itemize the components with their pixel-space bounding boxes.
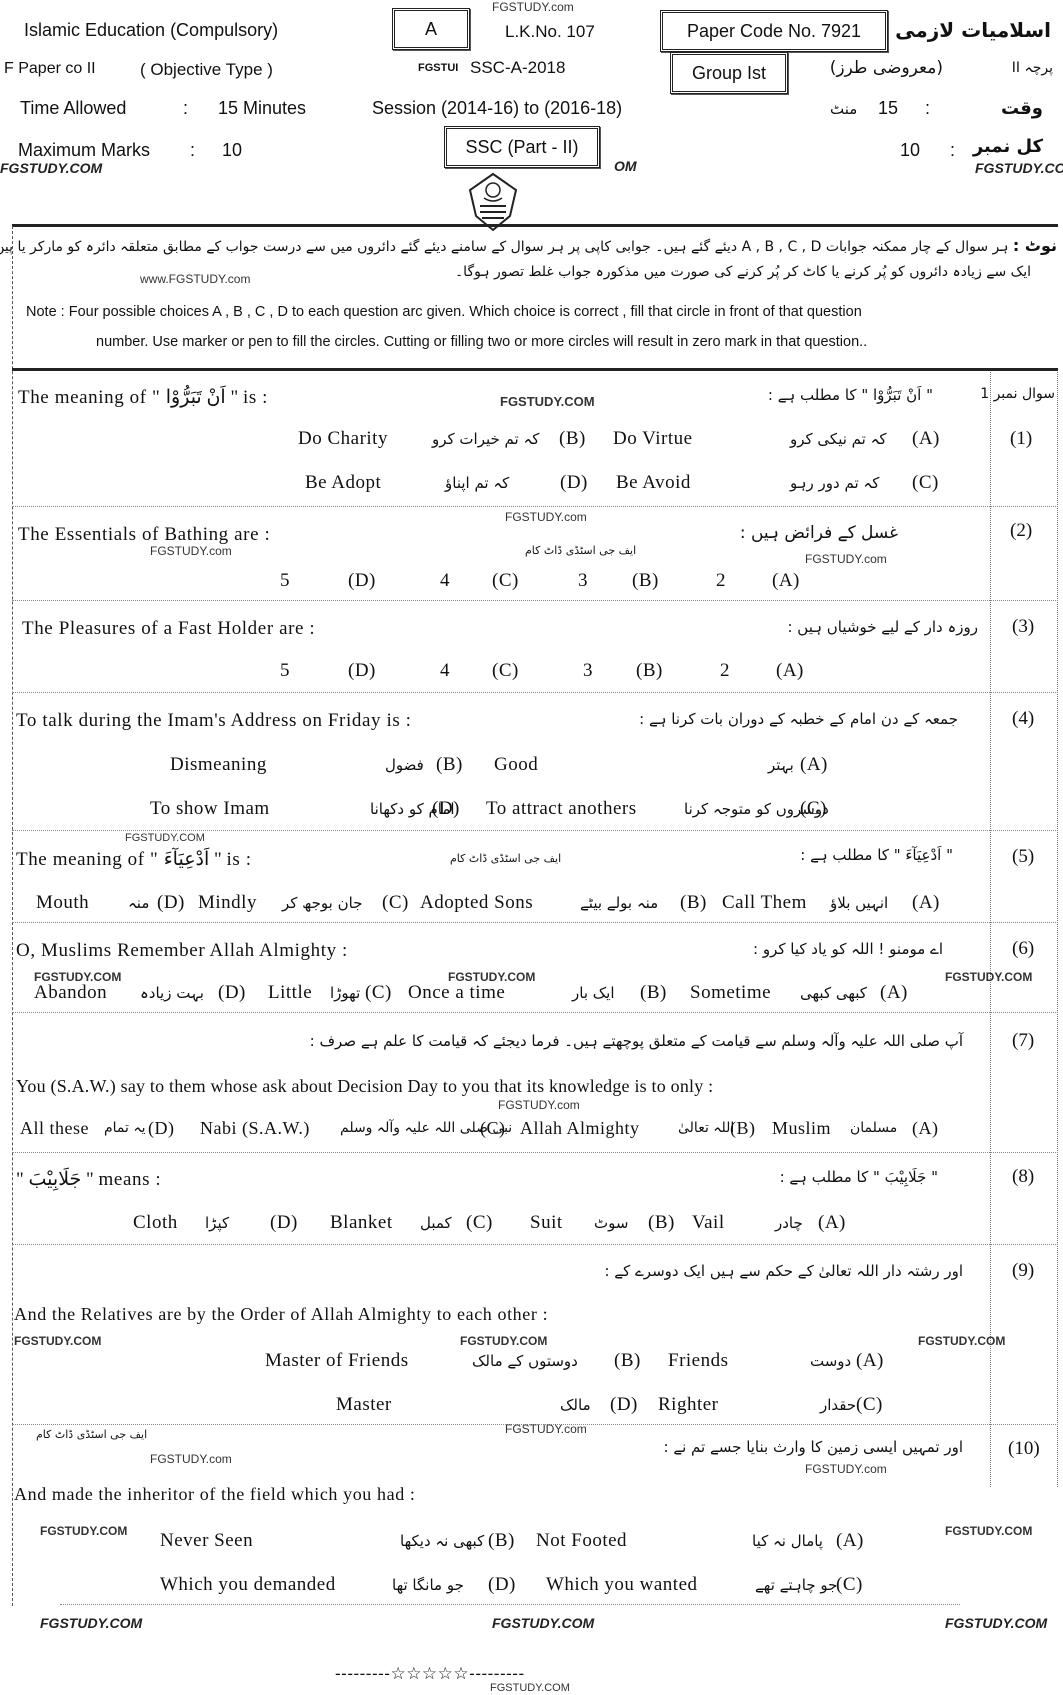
header-divider [12,224,1058,227]
option-d-en: To show Imam [150,798,270,820]
time-allowed-value: 15 Minutes [218,98,306,119]
time-unit-urdu: منٹ [830,100,857,118]
watermark-urdu: ایف جی اسٹڈی ڈاٹ کام [450,852,561,865]
option-b-key: (B) [559,428,586,450]
option-a-ur: کبھی کبھی [800,984,867,1002]
option-a-key: (A) [818,1212,846,1234]
option-a-key: (A) [836,1530,864,1552]
option-c-key: (C) [365,982,392,1004]
question-text-ur: جمعہ کے دن امام کے خطبہ کے دوران بات کرن… [639,710,958,728]
footer-watermark-left: FGSTUDY.COM [40,1615,142,1631]
footer-watermark-center: FGSTUDY.COM [492,1615,594,1631]
watermark: FGSTUDY.com [805,552,887,566]
option-b-key: (B) [636,660,663,682]
instructions-urdu-line2: ایک سے زیادہ دائروں کو پُر کرنے یا کاٹ ک… [455,264,1031,280]
watermark: FGSTUDY.com [498,1098,580,1112]
option-c-en: Be Avoid [616,472,691,494]
option-d-ur: کپڑا [205,1214,229,1232]
option-b-key: (B) [614,1350,641,1372]
option-b-key: (B) [640,982,667,1004]
question-number: (3) [1012,616,1034,638]
option-a-key: (A) [912,892,940,914]
time-allowed-label: Time Allowed [20,98,126,119]
instructions-urdu-line1: نوٹ : ہر سوال کے چار ممکنہ جوابات A , B … [17,236,1057,255]
watermark-right: FGSTUDY.COM [975,160,1063,176]
watermark-top: FGSTUDY.com [492,0,574,14]
watermark-urdu: ایف جی اسٹڈی ڈاٹ کام [525,544,636,557]
question-number: (2) [1010,520,1032,542]
option-a-en: Muslim [772,1118,831,1139]
instructions-english-line2: number. Use marker or pen to fill the ci… [96,334,867,350]
option-b-en: Adopted Sons [420,892,533,914]
option-b-ur: کہ تم خیرات کرو [432,430,539,448]
question-number: (9) [1012,1260,1034,1282]
option-a-value: 2 [720,660,730,682]
lk-number: L.K.No. 107 [505,22,595,42]
question-text-en: The meaning of " اَنْ تَبَرُّوْا " is : [18,386,268,409]
row-separator [12,922,1058,923]
option-b-en: Suit [530,1212,563,1234]
question-text-en: And the Relatives are by the Order of Al… [14,1304,548,1325]
paper-label: F Paper co II [4,60,96,78]
watermark: FGSTUDY.COM [918,1334,1005,1348]
watermark: FGSTUDY.COM [460,1334,547,1348]
option-c-key: (C) [836,1574,863,1596]
watermark: FGSTUDY.COM [500,394,595,409]
question-number: (6) [1012,938,1034,960]
option-a-ur: چادر [775,1214,803,1232]
option-a-ur: دوست [810,1352,851,1370]
option-a-en: Vail [692,1212,725,1234]
question-text-ur: آپ صلی اللہ علیہ وآلہ وسلم سے قیامت کے م… [310,1032,963,1050]
option-b-en: Allah Almighty [520,1118,640,1139]
left-border [12,226,13,1606]
option-d-en: Which you demanded [160,1574,336,1596]
option-c-value: 4 [440,660,450,682]
option-b-en: Never Seen [160,1530,253,1552]
option-c-en: Nabi (S.A.W.) [200,1118,310,1139]
option-a-en: Friends [668,1350,729,1372]
objective-type: ( Objective Type ) [140,60,273,80]
marks-colon-urdu: : [950,140,955,161]
option-c-key: (C) [492,660,519,682]
option-c-key: (C) [856,1394,883,1416]
question-text-ur: " جَلَابِيْبَ " کا مطلب ہے : [780,1168,938,1186]
option-a-key: (A) [912,1118,939,1139]
option-c-ur: کہ تم دور رہو [790,474,879,492]
option-b-key: (B) [680,892,707,914]
option-b-ur: اللہ تعالیٰ [678,1120,734,1136]
option-a-en: Sometime [690,982,771,1004]
option-c-key: (C) [382,892,409,914]
question-number: (10) [1008,1438,1040,1460]
option-b-ur: ایک بار [572,984,615,1002]
paper-label-urdu: پرچہ II [1012,60,1053,76]
watermark-urdu: ایف جی اسٹڈی ڈاٹ کام [36,1428,147,1441]
row-separator [60,1604,960,1605]
option-d-en: Mouth [36,892,89,914]
option-d-key: (D) [348,660,376,682]
option-a-ur: بہتر [768,756,794,774]
option-c-en: Little [268,982,312,1004]
option-d-key: (D) [488,1574,516,1596]
time-colon: : [183,98,188,119]
option-b-key: (B) [730,1118,756,1139]
question-text-en: The Essentials of Bathing are : [18,524,270,546]
question-number: (8) [1012,1166,1034,1188]
version-box: A [392,8,470,50]
question-number-label-ur: سوال نمبر 1 [980,386,1055,402]
option-d-en: Be Adopt [305,472,381,494]
question-text-ur: " اَنْ تَبَرُّوْا " کا مطلب ہے : [768,386,933,404]
option-d-key: (D) [560,472,588,494]
option-d-value: 5 [280,660,290,682]
row-separator [12,1244,1058,1245]
watermark: FGSTUDY.COM [14,1334,101,1348]
watermark: FGSTUDY.COM [945,970,1032,984]
option-b-en: Do Charity [298,428,388,450]
option-b-value: 3 [583,660,593,682]
option-d-key: (D) [432,798,460,820]
max-marks-label: Maximum Marks [18,140,150,161]
option-d-ur: بہت زیادہ [140,984,204,1002]
option-b-en: Master of Friends [265,1350,409,1372]
marks-colon: : [190,140,195,161]
question-text-ur: روزہ دار کے لیے خوشیاں ہیں : [787,618,978,636]
option-c-key: (C) [800,798,827,820]
option-d-key: (D) [148,1118,175,1139]
row-separator [12,1152,1058,1153]
option-c-en: Mindly [198,892,257,914]
option-b-en: Dismeaning [170,754,267,776]
watermark: FGSTUDY.COM [40,1524,127,1538]
option-b-ur: کبھی نہ دیکھا [400,1532,484,1550]
option-d-value: 5 [280,570,290,592]
instructions-english-line1: Note : Four possible choices A , B , C ,… [26,304,862,320]
question-text-ur: غسل کے فرائض ہیں : [740,522,898,543]
option-a-key: (A) [856,1350,884,1372]
option-c-ur: جو چاہتے تھے [755,1576,837,1594]
option-d-ur: منہ [128,894,149,912]
option-a-ur: مسلمان [850,1120,897,1136]
note-urdu-text1: ہر سوال کے چار ممکنہ جوابات A , B , C , … [0,239,1008,255]
subject-title: Islamic Education (Compulsory) [24,20,278,41]
row-separator [12,600,1058,601]
question-number: (5) [1012,846,1034,868]
option-c-ur: کمبل [420,1214,452,1232]
watermark-exam-prefix: FGSTUI [418,62,458,74]
option-a-en: Not Footed [536,1530,627,1552]
watermark-mid: OM [614,158,637,174]
question-text-en: O, Muslims Remember Allah Almighty : [16,940,348,962]
question-text-ur: " اَدْعِيَآءَ " کا مطلب ہے : [800,846,953,864]
paper-code-box: Paper Code No. 7921 [660,10,888,52]
option-a-en: Do Virtue [613,428,693,450]
option-d-ur: جو مانگا تھا [392,1576,464,1594]
option-a-key: (A) [800,754,828,776]
option-a-key: (A) [880,982,908,1004]
option-c-en: To attract anothers [486,798,637,820]
question-text-en: You (S.A.W.) say to them whose ask about… [16,1076,713,1097]
option-d-key: (D) [218,982,246,1004]
option-c-key: (C) [466,1212,493,1234]
option-d-en: Abandon [34,982,107,1004]
question-number: (4) [1012,708,1034,730]
question-text-en: The Pleasures of a Fast Holder are : [22,618,315,640]
exam-code: SSC-A-2018 [470,58,565,78]
option-b-ur: فضول [385,756,424,774]
option-a-en: Good [494,754,538,776]
option-a-en: Call Them [722,892,807,914]
option-d-en: All these [20,1118,89,1139]
question-text-ur: اور رشتہ دار اللہ تعالیٰ کے حکم سے ہیں ا… [604,1262,963,1280]
watermark: FGSTUDY.com [805,1462,887,1476]
subject-title-urdu: اسلامیات لازمی [895,18,1051,42]
option-a-key: (A) [776,660,804,682]
row-separator [12,692,1058,693]
question-text-ur: اے مومنو ! اللہ کو یاد کیا کرو : [753,940,943,958]
option-d-ur: کہ تم اپناؤ [445,474,509,492]
end-of-paper-mark: ---------☆☆☆☆☆--------- [335,1664,525,1684]
option-d-ur: مالک [560,1396,591,1414]
option-c-ur: جان بوجھ کر [282,894,363,912]
objective-type-urdu: (معروضی طرز) [830,58,943,78]
option-c-ur: تھوڑا [330,984,360,1002]
option-c-en: Blanket [330,1212,393,1234]
option-d-key: (D) [157,892,185,914]
option-b-ur: سوٹ [594,1214,628,1232]
option-b-ur: دوستوں کے مالک [472,1352,578,1370]
question-text-en: " جَلَابِيْبَ " means : [16,1168,161,1191]
option-d-en: Cloth [133,1212,178,1234]
number-column-divider [990,372,991,1487]
watermark-left: FGSTUDY.COM [0,160,102,176]
question-text-en: To talk during the Imam's Address on Fri… [16,710,412,732]
option-b-value: 3 [578,570,588,592]
board-emblem-icon [460,172,526,232]
instructions-divider [12,368,1058,371]
option-b-ur: منہ بولے بیٹے [580,894,658,912]
option-b-en: Once a time [408,982,505,1004]
option-b-key: (B) [436,754,463,776]
option-a-ur: کہ تم نیکی کرو [790,430,887,448]
time-label-urdu: وقت [1001,98,1043,119]
option-c-value: 4 [440,570,450,592]
note-label-urdu: نوٹ : [1013,236,1057,255]
option-d-key: (D) [348,570,376,592]
watermark: FGSTUDY.com [150,544,232,558]
option-a-key: (A) [772,570,800,592]
time-value-urdu: 15 [878,98,898,119]
time-colon-urdu: : [925,98,930,119]
question-text-en: The meaning of " اَدْعِيَآءَ " is : [16,848,252,871]
option-a-value: 2 [716,570,726,592]
option-a-key: (A) [912,428,940,450]
footer-watermark-right: FGSTUDY.COM [945,1615,1047,1631]
watermark: FGSTUDY.com [505,1422,587,1436]
row-separator [12,1012,1058,1013]
question-text-en: And made the inheritor of the field whic… [14,1484,416,1505]
option-d-key: (D) [270,1212,298,1234]
question-text-ur: اور تمہیں ایسی زمین کا وارث بنایا جسے تم… [664,1438,964,1456]
option-c-key: (C) [912,472,939,494]
option-a-ur: پامال نہ کیا [752,1532,823,1550]
option-c-ur: حقدار [820,1396,856,1414]
option-c-key: (C) [492,570,519,592]
option-b-key: (B) [488,1530,515,1552]
option-d-ur: یہ تمام [104,1120,145,1136]
option-d-en: Master [336,1394,392,1416]
watermark: FGSTUDY.com [150,1452,232,1466]
row-separator [12,506,1058,507]
option-c-key: (C) [480,1118,506,1139]
option-a-ur: انہیں بلاؤ [830,894,888,912]
watermark: FGSTUDY.COM [125,832,205,844]
watermark: FGSTUDY.COM [945,1524,1032,1538]
right-border [1057,372,1058,1487]
group-box: Group Ist [670,52,788,94]
level-box: SSC (Part - II) [444,126,600,168]
row-separator [12,830,1058,831]
option-b-key: (B) [648,1212,675,1234]
watermark-notes: www.FGSTUDY.com [140,272,250,286]
end-watermark: FGSTUDY.COM [490,1682,570,1694]
max-marks-value: 10 [222,140,242,161]
marks-label-urdu: کل نمبر [973,136,1043,157]
watermark: FGSTUDY.com [505,510,587,524]
option-c-en: Which you wanted [546,1574,698,1596]
option-b-key: (B) [632,570,659,592]
marks-value-urdu: 10 [900,140,920,161]
question-number: (7) [1012,1030,1034,1052]
question-number: (1) [1010,428,1032,450]
option-c-en: Righter [658,1394,719,1416]
session: Session (2014-16) to (2016-18) [372,98,622,119]
option-d-key: (D) [610,1394,638,1416]
